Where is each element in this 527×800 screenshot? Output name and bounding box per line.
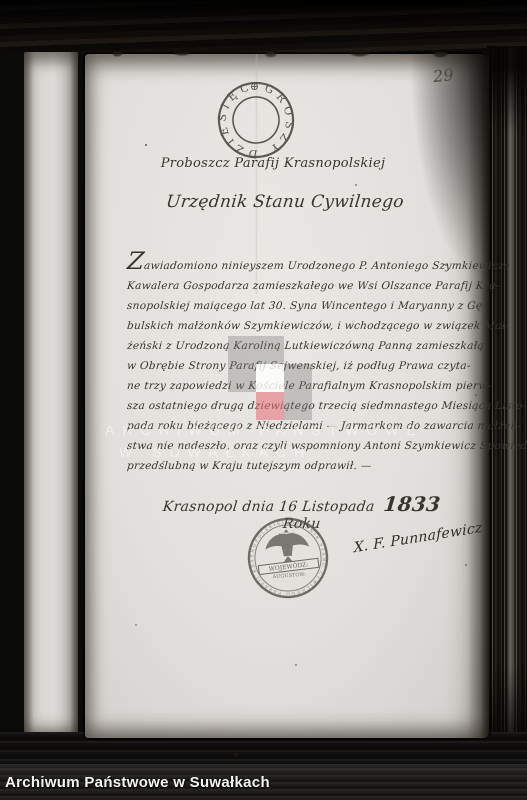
body-line: pada roku bieżącego z Niedzielami — Jarm… [126, 416, 480, 436]
archival-photo: ⊕GROSZY DZIESIĘC 29 Proboszcz Parafij Kr… [0, 0, 527, 800]
body-line: snopolskiej maiącego lat 30. Syna Wincen… [126, 296, 480, 316]
date-year: 1833 [382, 492, 441, 516]
official-seal: URZĘDNIK STANU CYWILNEGO PARAFII KRASNOP… [243, 513, 333, 603]
body-line: ne trzy zapowiedzi w Kościele Parafialny… [126, 376, 480, 396]
date-place-day: Krasnopol dnia 16 Listopada [162, 499, 375, 515]
body-line: w Obrębie Strony Parafij Sejwenskiej, iż… [126, 356, 480, 376]
document-body: Zawiadomiono ninieyszem Urodzonego P. An… [127, 256, 479, 476]
document-page: ⊕GROSZY DZIESIĘC 29 Proboszcz Parafij Kr… [85, 54, 489, 738]
page-number: 29 [432, 65, 455, 86]
document-heading-line2: Urzędnik Stanu Cywilnego [134, 192, 436, 212]
body-line: bulskich małżonków Szymkiewiczów, i wcho… [126, 316, 480, 336]
document-heading-line1: Proboszcz Parafij Krasnopolskiej [123, 156, 423, 171]
archive-caption: Archiwum Państwowe w Suwałkach [0, 774, 270, 791]
underlying-page-edge [24, 52, 78, 744]
body-line: Kawalera Gospodarza zamieszkałego we Wsi… [126, 276, 480, 296]
background-top-shadow [0, 0, 527, 54]
body-line: przedślubną w Kraju tutejszym odprawił. … [126, 456, 480, 476]
seal-band-line2: AUGUSTOW: [271, 572, 306, 580]
fee-stamp-dziesiec-groszy: ⊕GROSZY DZIESIĘC [209, 73, 304, 168]
fee-stamp-ring-text: ⊕GROSZY DZIESIĘC [209, 73, 304, 168]
body-line: stwa nie nadeszło, oraz czyli wspomniony… [126, 436, 480, 456]
body-line: sza ostatniego drugą dziewiątego trzecią… [126, 396, 480, 416]
paper-specks [145, 144, 147, 146]
body-line: żeński z Urodzoną Karoliną Lutkiewiczówn… [126, 336, 480, 356]
archive-caption-band: Archiwum Państwowe w Suwałkach [0, 764, 527, 800]
body-line: Zawiadomiono ninieyszem Urodzonego P. An… [126, 256, 480, 276]
fee-stamp-inner-ring [229, 93, 284, 148]
seal-banner: WOJEWÓDZ: AUGUSTOW: [258, 558, 320, 581]
